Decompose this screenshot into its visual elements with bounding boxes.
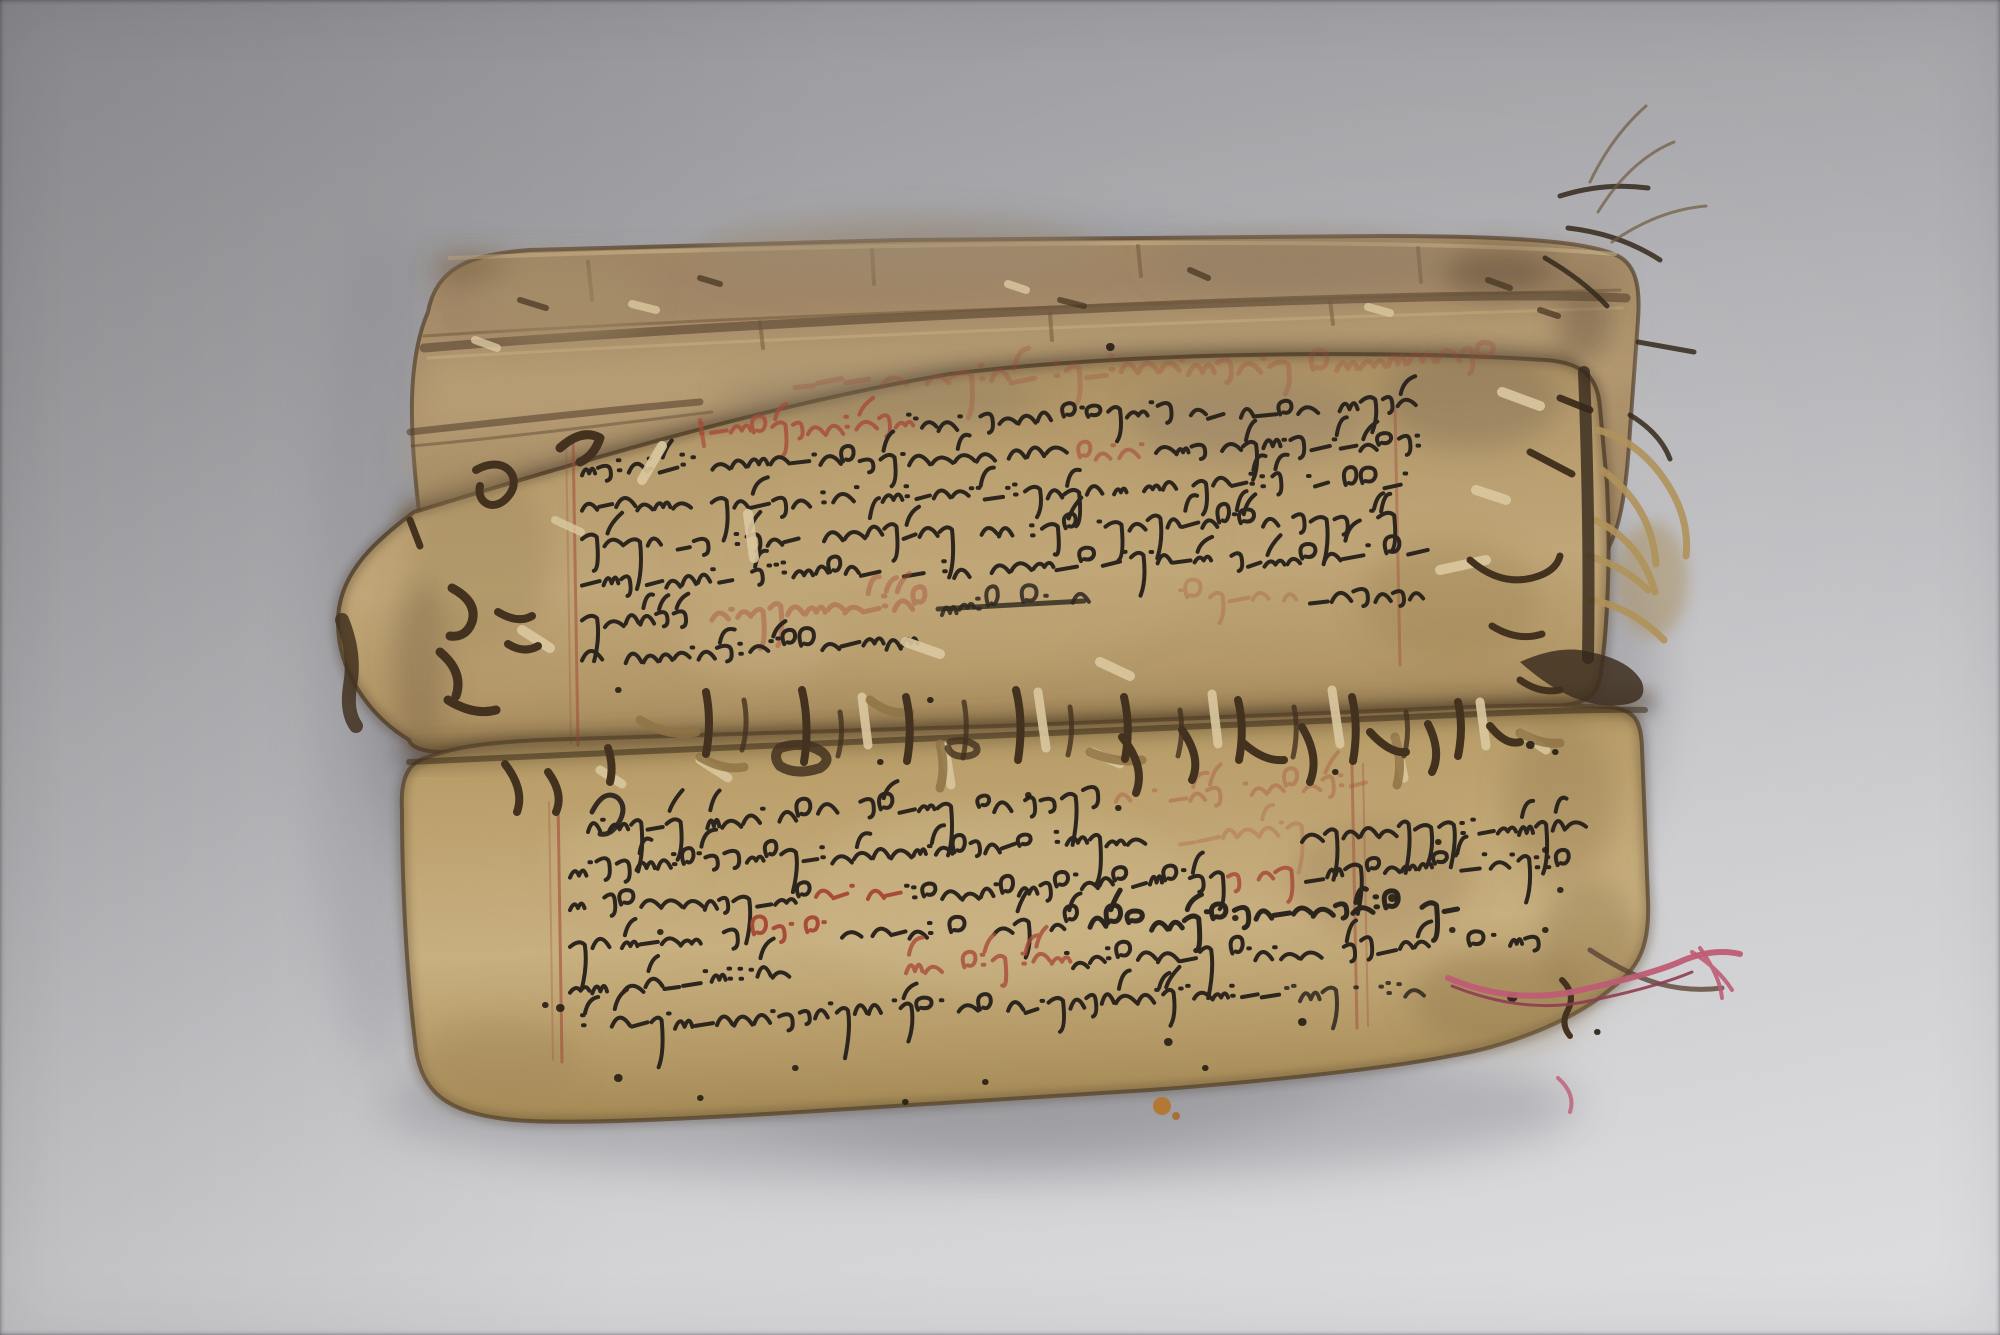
photo-canvas: [0, 0, 2000, 1335]
photo-grain: [0, 0, 2000, 1335]
manuscript-photo: [0, 0, 2000, 1335]
